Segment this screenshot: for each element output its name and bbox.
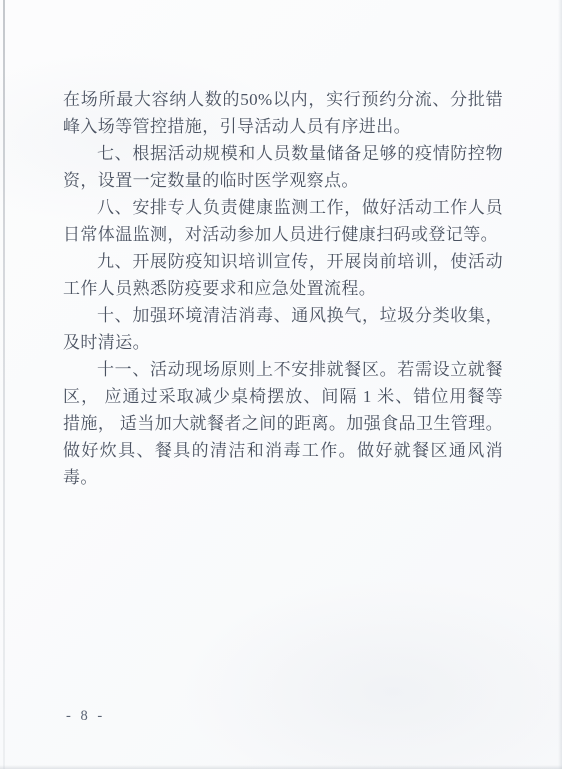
paragraph: 七、根据活动规模和人员数量储备足够的疫情防控物资，设置一定数量的临时医学观察点。 xyxy=(63,140,503,194)
paragraph: 十、加强环境清洁消毒、通风换气，垃圾分类收集，及时清运。 xyxy=(63,302,503,356)
page-number: - 8 - xyxy=(66,704,105,728)
scan-edge-right xyxy=(558,0,562,769)
document-body: 在场所最大容纳人数的50%以内，实行预约分流、分批错峰入场等管控措施，引导活动人… xyxy=(63,86,503,491)
scan-edge-bottom xyxy=(0,765,562,769)
scan-edge-left xyxy=(3,0,5,769)
paragraph: 在场所最大容纳人数的50%以内，实行预约分流、分批错峰入场等管控措施，引导活动人… xyxy=(63,86,503,140)
paragraph: 九、开展防疫知识培训宣传，开展岗前培训，使活动工作人员熟悉防疫要求和应急处置流程… xyxy=(63,248,503,302)
document-page: 在场所最大容纳人数的50%以内，实行预约分流、分批错峰入场等管控措施，引导活动人… xyxy=(0,0,562,769)
paragraph: 八、安排专人负责健康监测工作，做好活动工作人员日常体温监测，对活动参加人员进行健… xyxy=(63,194,503,248)
paragraph: 十一、活动现场原则上不安排就餐区。若需设立就餐区， 应通过采取减少桌椅摆放、间隔… xyxy=(63,356,503,491)
